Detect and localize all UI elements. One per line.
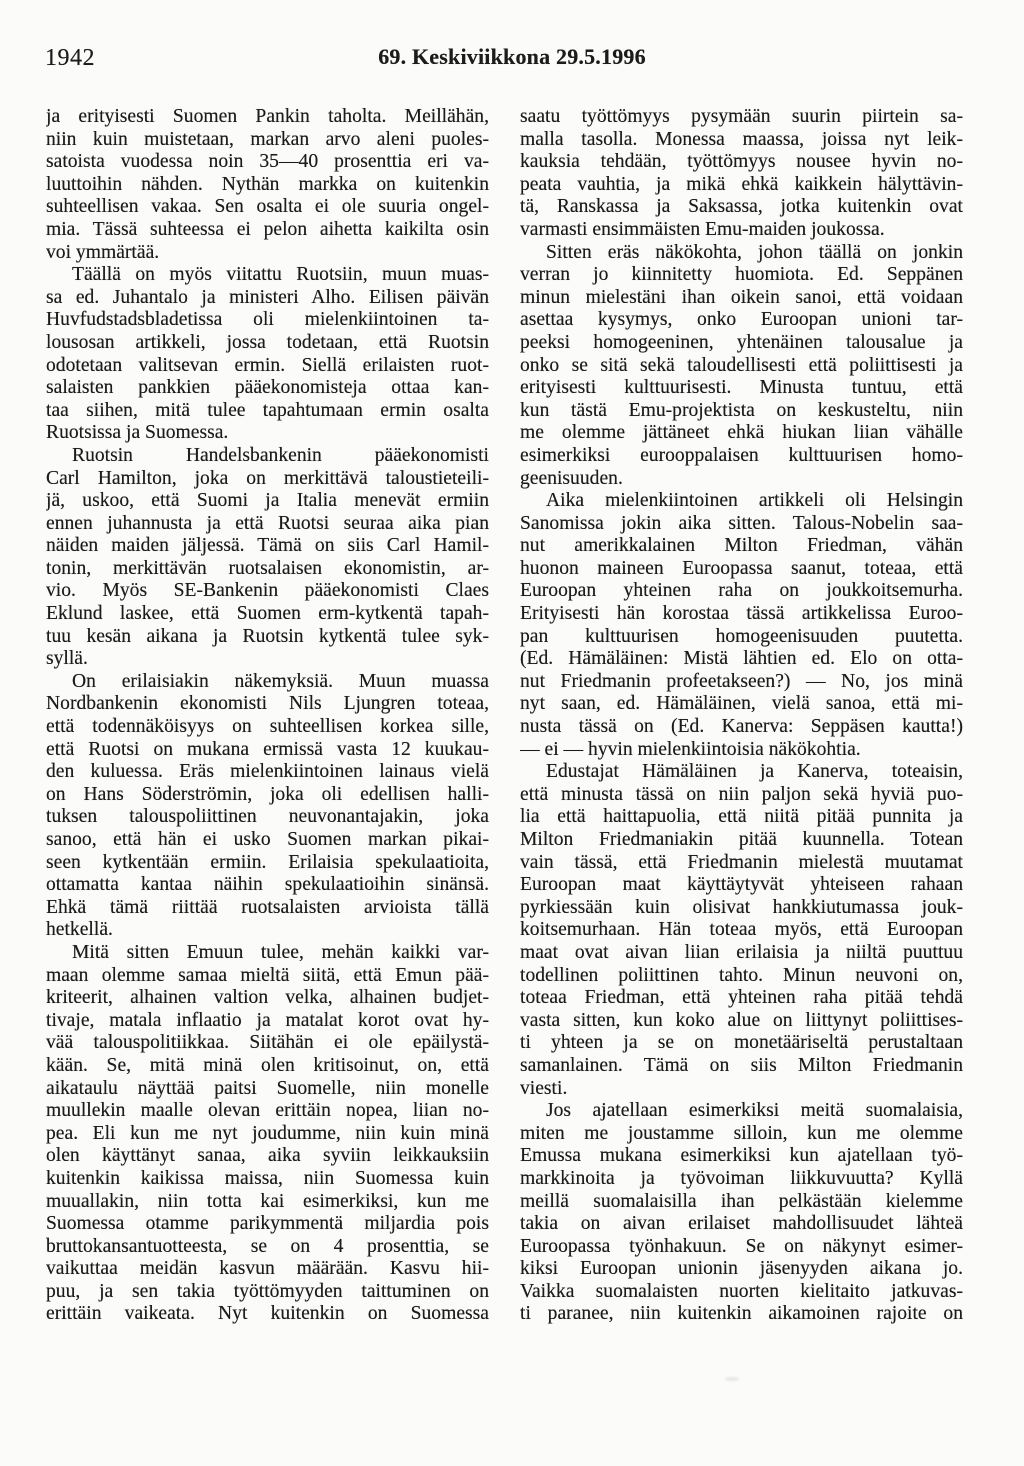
text-line: näiden maiden jäljessä. Tämä on siis Car…: [46, 535, 489, 558]
paragraph: Ruotsin Handelsbankenin pääekonomistiCar…: [46, 445, 489, 671]
text-line: Aika mielenkiintoinen artikkeli oli Hels…: [520, 490, 963, 513]
text-line: vasta sitten, kun koko alue on liittynyt…: [520, 1010, 963, 1033]
text-line: lousosan artikkeli, jossa todetaan, että…: [46, 332, 489, 355]
paragraph: saatu työttömyys pysymään suurin piirtei…: [520, 106, 963, 242]
text-line: aikataulu näyttää paitsi Suomelle, niin …: [46, 1078, 489, 1101]
text-line: Jos ajatellaan esimerkiksi meitä suomala…: [520, 1100, 963, 1123]
document-page: 1942 69. Keskiviikkona 29.5.1996 ja erit…: [0, 0, 1024, 1466]
text-line: esimerkiksi eurooppalaisen kulttuurisen …: [520, 445, 963, 468]
left-column: ja erityisesti Suomen Pankin taholta. Me…: [46, 106, 489, 1326]
text-line: todellinen poliittinen tahto. Minun neuv…: [520, 965, 963, 988]
text-line: samanlainen. Tämä on siis Milton Friedma…: [520, 1055, 963, 1078]
text-line: Carl Hamilton, joka on merkittävä talous…: [46, 468, 489, 491]
text-line: lia että haittapuolia, että niitä pitää …: [520, 806, 963, 829]
text-line: takia on aivan erilaiset mahdollisuudet …: [520, 1213, 963, 1236]
text-line: ja erityisesti Suomen Pankin taholta. Me…: [46, 106, 489, 129]
text-line: että todennäköisyys on suhteellisen kork…: [46, 716, 489, 739]
text-line: toteaa Friedman, että yhteinen raha pitä…: [520, 987, 963, 1010]
text-line: koitsemurhaan. Hän toteaa myös, että Eur…: [520, 919, 963, 942]
header-title: 69. Keskiviikkona 29.5.1996: [378, 44, 646, 70]
text-line: verran jo kiinnitetty huomiota. Ed. Sepp…: [520, 264, 963, 287]
text-line: tuksen talouspoliittinen neuvonantajakin…: [46, 806, 489, 829]
text-line: vio. Myös SE-Bankenin pääekonomisti Clae…: [46, 580, 489, 603]
text-line: Sitten eräs näkökohta, johon täällä on j…: [520, 242, 963, 265]
text-line: pan kulttuurisen homogeenisuuden puutett…: [520, 626, 963, 649]
page-number: 1942: [45, 45, 95, 72]
text-line: tuu kesän aikana ja Ruotsin kytkentä tul…: [46, 626, 489, 649]
text-line: peata vauhtia, ja mikä ehkä kaikkein häl…: [520, 174, 963, 197]
text-line: tä, Ranskassa ja Saksassa, jotka kuitenk…: [520, 196, 963, 219]
text-line: bruttokansantuotteesta, se on 4 prosentt…: [46, 1236, 489, 1259]
text-line: että minusta tässä on niin paljon sekä h…: [520, 784, 963, 807]
text-line: odotetaan valitsevan ermin. Siellä erila…: [46, 355, 489, 378]
text-line: on Hans Söderströmin, joka oli edellisen…: [46, 784, 489, 807]
text-line: sanoo, että hän ei usko Suomen markan pi…: [46, 829, 489, 852]
paragraph: Jos ajatellaan esimerkiksi meitä suomala…: [520, 1100, 963, 1326]
text-line: Emussa mukana esimerkiksi kun ajatellaan…: [520, 1145, 963, 1168]
paragraph: Mitä sitten Emuun tulee, mehän kaikki va…: [46, 942, 489, 1326]
text-line: saatu työttömyys pysymään suurin piirtei…: [520, 106, 963, 129]
text-line: Vaikka suomalaisten nuorten kielitaito j…: [520, 1281, 963, 1304]
text-line: Ruotsissa ja Suomessa.: [46, 422, 489, 445]
text-line: Milton Friedmaniakin pitää kuunnella. To…: [520, 829, 963, 852]
text-line: den kuluessa. Eräs mielenkiintoinen lain…: [46, 761, 489, 784]
text-line: Euroopan maat käyttäytyvät yhteiseen rah…: [520, 874, 963, 897]
paragraph: ja erityisesti Suomen Pankin taholta. Me…: [46, 106, 489, 264]
text-line: pyrkiessään kuin olisivat hankkiutumassa…: [520, 897, 963, 920]
text-line: erittäin vaikeata. Nyt kuitenkin on Suom…: [46, 1303, 489, 1326]
text-line: seen kytkentään ermiin. Erilaisia spekul…: [46, 852, 489, 875]
text-line: nusta tässä on (Ed. Kanerva: Seppäsen ka…: [520, 716, 963, 739]
paragraph: Edustajat Hämäläinen ja Kanerva, toteais…: [520, 761, 963, 1100]
text-line: ti yhteen ja se on monetääriseltä perust…: [520, 1032, 963, 1055]
text-line: nyt saan, ed. Hämäläinen, vielä sanoa, e…: [520, 693, 963, 716]
text-line: kään. Se, mitä minä olen kritisoinut, on…: [46, 1055, 489, 1078]
text-line: Nordbankenin ekonomisti Nils Ljungren to…: [46, 693, 489, 716]
text-line: erityisesti kulttuurisesti. Minusta tunt…: [520, 377, 963, 400]
text-line: maat ovat aivan liian erilaisia ja niilt…: [520, 942, 963, 965]
text-line: markkinoita ja työvoiman liikkuvuutta? K…: [520, 1168, 963, 1191]
text-line: mia. Tässä suhteessa ei pelon aihetta ka…: [46, 219, 489, 242]
text-line: maan olemme samaa mieltä siitä, että Emu…: [46, 965, 489, 988]
text-line: puu, ja sen takia työttömyyden taittumin…: [46, 1281, 489, 1304]
paragraph: On erilaisiakin näkemyksiä. Muun muassaN…: [46, 671, 489, 942]
scan-artifact: [725, 1377, 739, 1381]
text-line: ennen juhannusta ja että Ruotsi seuraa a…: [46, 513, 489, 536]
paragraph: Sitten eräs näkökohta, johon täällä on j…: [520, 242, 963, 491]
text-line: malla tasolla. Monessa maassa, joissa ny…: [520, 129, 963, 152]
text-line: syllä.: [46, 648, 489, 671]
text-line: tonin, merkittävän ruotsalaisen ekonomis…: [46, 558, 489, 581]
text-line: olen käyttänyt sanaa, aika syviin leikka…: [46, 1145, 489, 1168]
text-line: satoista vuodessa noin 35—40 prosenttia …: [46, 151, 489, 174]
text-line: nut amerikkalainen Milton Friedman, vähä…: [520, 535, 963, 558]
text-line: me olemme jättäneet ehkä hiukan liian vä…: [520, 422, 963, 445]
text-line: peeksi homogeeninen, yhtenäinen talousal…: [520, 332, 963, 355]
text-line: vaikuttaa meidän kasvun määrään. Kasvu h…: [46, 1258, 489, 1281]
text-line: asettaa kysymys, onko Euroopan unioni ta…: [520, 309, 963, 332]
text-line: Ehkä tämä riittää ruotsalaisten arvioist…: [46, 897, 489, 920]
text-line: Mitä sitten Emuun tulee, mehän kaikki va…: [46, 942, 489, 965]
paragraph: Aika mielenkiintoinen artikkeli oli Hels…: [520, 490, 963, 761]
text-line: pea. Eli kun me nyt joudumme, niin kuin …: [46, 1123, 489, 1146]
text-line: ti paranee, niin kuitenkin aikamoinen ra…: [520, 1303, 963, 1326]
text-line: suhteellisen vakaa. Sen osalta ei ole su…: [46, 196, 489, 219]
text-line: niin kuin muistetaan, markan arvo aleni …: [46, 129, 489, 152]
text-line: Täällä on myös viitattu Ruotsiin, muun m…: [46, 264, 489, 287]
text-line: kauksia tehdään, työttömyys nousee hyvin…: [520, 151, 963, 174]
text-line: Erityisesti hän korostaa tässä artikkeli…: [520, 603, 963, 626]
text-line: jä, uskoo, että Suomi ja Italia menevät …: [46, 490, 489, 513]
text-line: voi ymmärtää.: [46, 242, 489, 265]
text-line: miten me joustamme silloin, kun me olemm…: [520, 1123, 963, 1146]
text-line: vää talouspolitiikkaa. Siitähän ei ole e…: [46, 1032, 489, 1055]
text-line: Euroopan yhteinen raha on joukkoitsemurh…: [520, 580, 963, 603]
text-line: salaisten pankkien pääekonomisteja ottaa…: [46, 377, 489, 400]
text-line: Edustajat Hämäläinen ja Kanerva, toteais…: [520, 761, 963, 784]
text-columns: ja erityisesti Suomen Pankin taholta. Me…: [46, 106, 963, 1326]
text-line: Huvfudstadsbladetissa oli mielenkiintoin…: [46, 309, 489, 332]
text-line: geenisuuden.: [520, 468, 963, 491]
paragraph: Täällä on myös viitattu Ruotsiin, muun m…: [46, 264, 489, 445]
text-line: Eklund laskee, että Suomen erm-kytkentä …: [46, 603, 489, 626]
text-line: nut Friedmanin profeetakseen?) — No, jos…: [520, 671, 963, 694]
text-line: viesti.: [520, 1078, 963, 1101]
text-line: varmasti ensimmäisten Emu-maiden joukoss…: [520, 219, 963, 242]
text-line: Ruotsin Handelsbankenin pääekonomisti: [46, 445, 489, 468]
text-line: Euroopassa työnhakuun. Se on näkynyt esi…: [520, 1236, 963, 1259]
text-line: Suomessa otamme parikymmentä miljardia p…: [46, 1213, 489, 1236]
text-line: onko se sitä sekä taloudellisesti että p…: [520, 355, 963, 378]
text-line: kun tästä Emu-projektista on keskusteltu…: [520, 400, 963, 423]
text-line: (Ed. Hämäläinen: Mistä lähtien ed. Elo o…: [520, 648, 963, 671]
text-line: minun mielestäni ihan oikein sanoi, että…: [520, 287, 963, 310]
text-line: että Ruotsi on mukana ermissä vasta 12 k…: [46, 739, 489, 762]
text-line: taa siihen, mitä tulee tapahtumaan ermin…: [46, 400, 489, 423]
text-line: vain tässä, että Friedmanin mielestä muu…: [520, 852, 963, 875]
text-line: — ei — hyvin mielenkiintoisia näkökohtia…: [520, 739, 963, 762]
text-line: kiksi Euroopan unionin jäsenyyden aikana…: [520, 1258, 963, 1281]
text-line: Sanomissa jokin aika sitten. Talous-Nobe…: [520, 513, 963, 536]
text-line: kuitenkin kaikissa maissa, niin Suomessa…: [46, 1168, 489, 1191]
right-column: saatu työttömyys pysymään suurin piirtei…: [520, 106, 963, 1326]
text-line: hetkellä.: [46, 919, 489, 942]
text-line: kriteerit, alhainen valtion velka, alhai…: [46, 987, 489, 1010]
text-line: huonon maineen Euroopassa saanut, toteaa…: [520, 558, 963, 581]
text-line: meillä suomalaisilla ihan pelkästään kie…: [520, 1191, 963, 1214]
text-line: sa ed. Juhantalo ja ministeri Alho. Eili…: [46, 287, 489, 310]
text-line: On erilaisiakin näkemyksiä. Muun muassa: [46, 671, 489, 694]
text-line: muuallakin, niin totta kai esimerkiksi, …: [46, 1191, 489, 1214]
page-header: 1942 69. Keskiviikkona 29.5.1996: [0, 44, 1024, 70]
text-line: tivaje, matala inflaatio ja matalat koro…: [46, 1010, 489, 1033]
text-line: luuttoihin nähden. Nythän markka on kuit…: [46, 174, 489, 197]
text-line: muullekin maalle olevan erittäin nopea, …: [46, 1100, 489, 1123]
text-line: ottamatta kantaa näihin spekulaatioihin …: [46, 874, 489, 897]
